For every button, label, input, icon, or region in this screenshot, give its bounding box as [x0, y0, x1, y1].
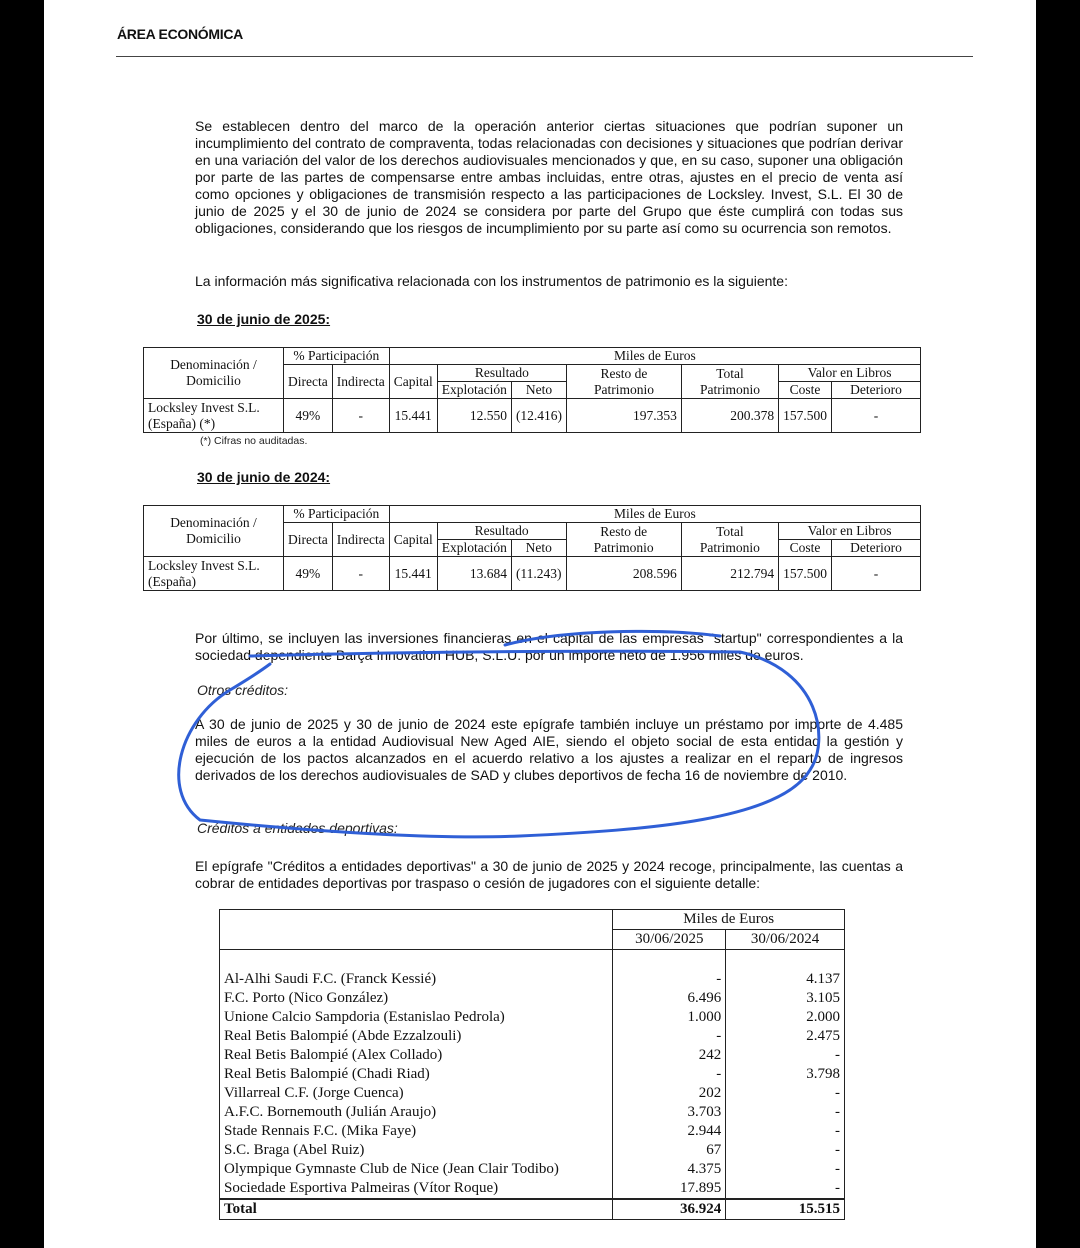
- total-2024: 15.515: [726, 1199, 845, 1220]
- col-resultado: Resultado: [437, 523, 566, 540]
- row-2024: 2.000: [726, 1008, 845, 1027]
- credits-rows: Al-Alhi Saudi F.C. (Franck Kessié)-4.137…: [220, 970, 845, 1199]
- row-label: Olympique Gymnaste Club de Nice (Jean Cl…: [220, 1160, 613, 1179]
- row-2024: -: [726, 1179, 845, 1199]
- col-denominacion: Denominación / Domicilio: [144, 348, 284, 399]
- row-label: S.C. Braga (Abel Ruiz): [220, 1141, 613, 1160]
- cell-indirecta: -: [332, 557, 389, 591]
- row-label: Real Betis Balompié (Chadi Riad): [220, 1065, 613, 1084]
- row-label: A.F.C. Bornemouth (Julián Araujo): [220, 1103, 613, 1122]
- table-row: S.C. Braga (Abel Ruiz)67-: [220, 1141, 845, 1160]
- col-explotacion: Explotación: [437, 382, 511, 399]
- row-label: Villarreal C.F. (Jorge Cuenca): [220, 1084, 613, 1103]
- row-2025: 6.496: [613, 989, 726, 1008]
- row-label: Stade Rennais F.C. (Mika Faye): [220, 1122, 613, 1141]
- table-row: A.F.C. Bornemouth (Julián Araujo)3.703-: [220, 1103, 845, 1122]
- cell-explotacion: 12.550: [437, 399, 511, 433]
- document-page: ÁREA ECONÓMICA Se establecen dentro del …: [44, 0, 1036, 1248]
- row-2024: -: [726, 1084, 845, 1103]
- row-2024: -: [726, 1122, 845, 1141]
- cell-deterioro: -: [832, 399, 921, 433]
- cell-neto: (11.243): [511, 557, 566, 591]
- total-2025: 36.924: [613, 1199, 726, 1220]
- table-row: Al-Alhi Saudi F.C. (Franck Kessié)-4.137: [220, 970, 845, 989]
- col-coste: Coste: [779, 382, 832, 399]
- table-row: Real Betis Balompié (Alex Collado)242-: [220, 1046, 845, 1065]
- cell-directa: 49%: [284, 557, 333, 591]
- col-indirecta: Indirecta: [332, 365, 389, 399]
- col-deterioro: Deterioro: [832, 540, 921, 557]
- col-group-miles: Miles de Euros: [613, 910, 845, 930]
- table-row: Stade Rennais F.C. (Mika Faye)2.944-: [220, 1122, 845, 1141]
- row-2025: -: [613, 1065, 726, 1084]
- total-row: Total 36.924 15.515: [220, 1199, 845, 1220]
- header-divider: [116, 56, 973, 57]
- row-2024: 2.475: [726, 1027, 845, 1046]
- row-2024: -: [726, 1141, 845, 1160]
- row-2024: 3.798: [726, 1065, 845, 1084]
- credits-table: Miles de Euros 30/06/2025 30/06/2024 Al-…: [219, 909, 845, 1220]
- row-name: Locksley Invest S.L. (España): [144, 557, 284, 591]
- total-label: Total: [220, 1199, 613, 1220]
- col-neto: Neto: [511, 382, 566, 399]
- cell-resto: 208.596: [566, 557, 681, 591]
- paragraph-loan-aie: A 30 de junio de 2025 y 30 de junio de 2…: [195, 716, 903, 784]
- row-2025: 202: [613, 1084, 726, 1103]
- row-2025: 17.895: [613, 1179, 726, 1199]
- cell-coste: 157.500: [779, 399, 832, 433]
- col-2025: 30/06/2025: [613, 930, 726, 950]
- cell-capital: 15.441: [389, 557, 437, 591]
- col-total: Total Patrimonio: [681, 365, 778, 399]
- cell-neto: (12.416): [511, 399, 566, 433]
- equity-table-2024: Denominación / Domicilio % Participación…: [143, 505, 921, 591]
- row-label: Sociedade Esportiva Palmeiras (Vítor Roq…: [220, 1179, 613, 1199]
- col-resto: Resto de Patrimonio: [566, 523, 681, 557]
- row-2025: 3.703: [613, 1103, 726, 1122]
- cell-total: 200.378: [681, 399, 778, 433]
- row-label: Real Betis Balompié (Abde Ezzalzouli): [220, 1027, 613, 1046]
- table-row: Sociedade Esportiva Palmeiras (Vítor Roq…: [220, 1179, 845, 1199]
- row-2025: 1.000: [613, 1008, 726, 1027]
- heading-creditos-deportivas: Créditos a entidades deportivas:: [197, 820, 398, 836]
- heading-2025: 30 de junio de 2025:: [197, 311, 330, 327]
- col-valor: Valor en Libros: [779, 523, 921, 540]
- cell-directa: 49%: [284, 399, 333, 433]
- col-coste: Coste: [779, 540, 832, 557]
- cell-deterioro: -: [832, 557, 921, 591]
- row-2025: 242: [613, 1046, 726, 1065]
- row-2025: -: [613, 1027, 726, 1046]
- row-label: Unione Calcio Sampdoria (Estanislao Pedr…: [220, 1008, 613, 1027]
- col-directa: Directa: [284, 365, 333, 399]
- paragraph-startups: Por último, se incluyen las inversiones …: [195, 630, 903, 664]
- col-deterioro: Deterioro: [832, 382, 921, 399]
- paragraph-creditos-intro: El epígrafe "Créditos a entidades deport…: [195, 858, 903, 892]
- table-row: Real Betis Balompié (Chadi Riad)-3.798: [220, 1065, 845, 1084]
- heading-otros-creditos: Otros créditos:: [197, 682, 288, 698]
- table-row: F.C. Porto (Nico González)6.4963.105: [220, 989, 845, 1008]
- col-directa: Directa: [284, 523, 333, 557]
- row-label: Real Betis Balompié (Alex Collado): [220, 1046, 613, 1065]
- row-label: Al-Alhi Saudi F.C. (Franck Kessié): [220, 970, 613, 989]
- col-resultado: Resultado: [437, 365, 566, 382]
- cell-resto: 197.353: [567, 399, 682, 433]
- row-name: Locksley Invest S.L. (España) (*): [144, 399, 284, 433]
- paragraph-contract-risks: Se establecen dentro del marco de la ope…: [195, 118, 903, 237]
- table-row: Unione Calcio Sampdoria (Estanislao Pedr…: [220, 1008, 845, 1027]
- col-explotacion: Explotación: [437, 540, 511, 557]
- col-capital: Capital: [389, 365, 437, 399]
- row-2024: 3.105: [726, 989, 845, 1008]
- cell-indirecta: -: [332, 399, 389, 433]
- row-2025: -: [613, 970, 726, 989]
- row-2024: 4.137: [726, 970, 845, 989]
- heading-2024: 30 de junio de 2024:: [197, 469, 330, 485]
- col-miles: Miles de Euros: [389, 348, 920, 365]
- row-2024: -: [726, 1103, 845, 1122]
- cell-coste: 157.500: [779, 557, 832, 591]
- col-valor: Valor en Libros: [779, 365, 921, 382]
- cell-explotacion: 13.684: [437, 557, 511, 591]
- row-2025: 4.375: [613, 1160, 726, 1179]
- col-participacion: % Participación: [284, 506, 390, 523]
- table-row: Real Betis Balompié (Abde Ezzalzouli)-2.…: [220, 1027, 845, 1046]
- row-2024: -: [726, 1160, 845, 1179]
- col-capital: Capital: [389, 523, 437, 557]
- cell-total: 212.794: [681, 557, 778, 591]
- col-2024: 30/06/2024: [726, 930, 845, 950]
- row-label: F.C. Porto (Nico González): [220, 989, 613, 1008]
- row-2025: 67: [613, 1141, 726, 1160]
- col-indirecta: Indirecta: [332, 523, 389, 557]
- col-denominacion: Denominación / Domicilio: [144, 506, 284, 557]
- row-2025: 2.944: [613, 1122, 726, 1141]
- table-row: Olympique Gymnaste Club de Nice (Jean Cl…: [220, 1160, 845, 1179]
- table-row: Villarreal C.F. (Jorge Cuenca)202-: [220, 1084, 845, 1103]
- cell-capital: 15.441: [389, 399, 437, 433]
- footnote-unaudited: (*) Cifras no auditadas.: [200, 435, 307, 447]
- section-header: ÁREA ECONÓMICA: [117, 26, 243, 42]
- col-participacion: % Participación: [284, 348, 390, 365]
- col-miles: Miles de Euros: [389, 506, 920, 523]
- row-2024: -: [726, 1046, 845, 1065]
- col-total: Total Patrimonio: [681, 523, 778, 557]
- paragraph-equity-intro: La información más significativa relacio…: [195, 273, 903, 290]
- col-resto: Resto de Patrimonio: [567, 365, 682, 399]
- col-neto: Neto: [511, 540, 566, 557]
- equity-table-2025: Denominación / Domicilio % Participación…: [143, 347, 921, 433]
